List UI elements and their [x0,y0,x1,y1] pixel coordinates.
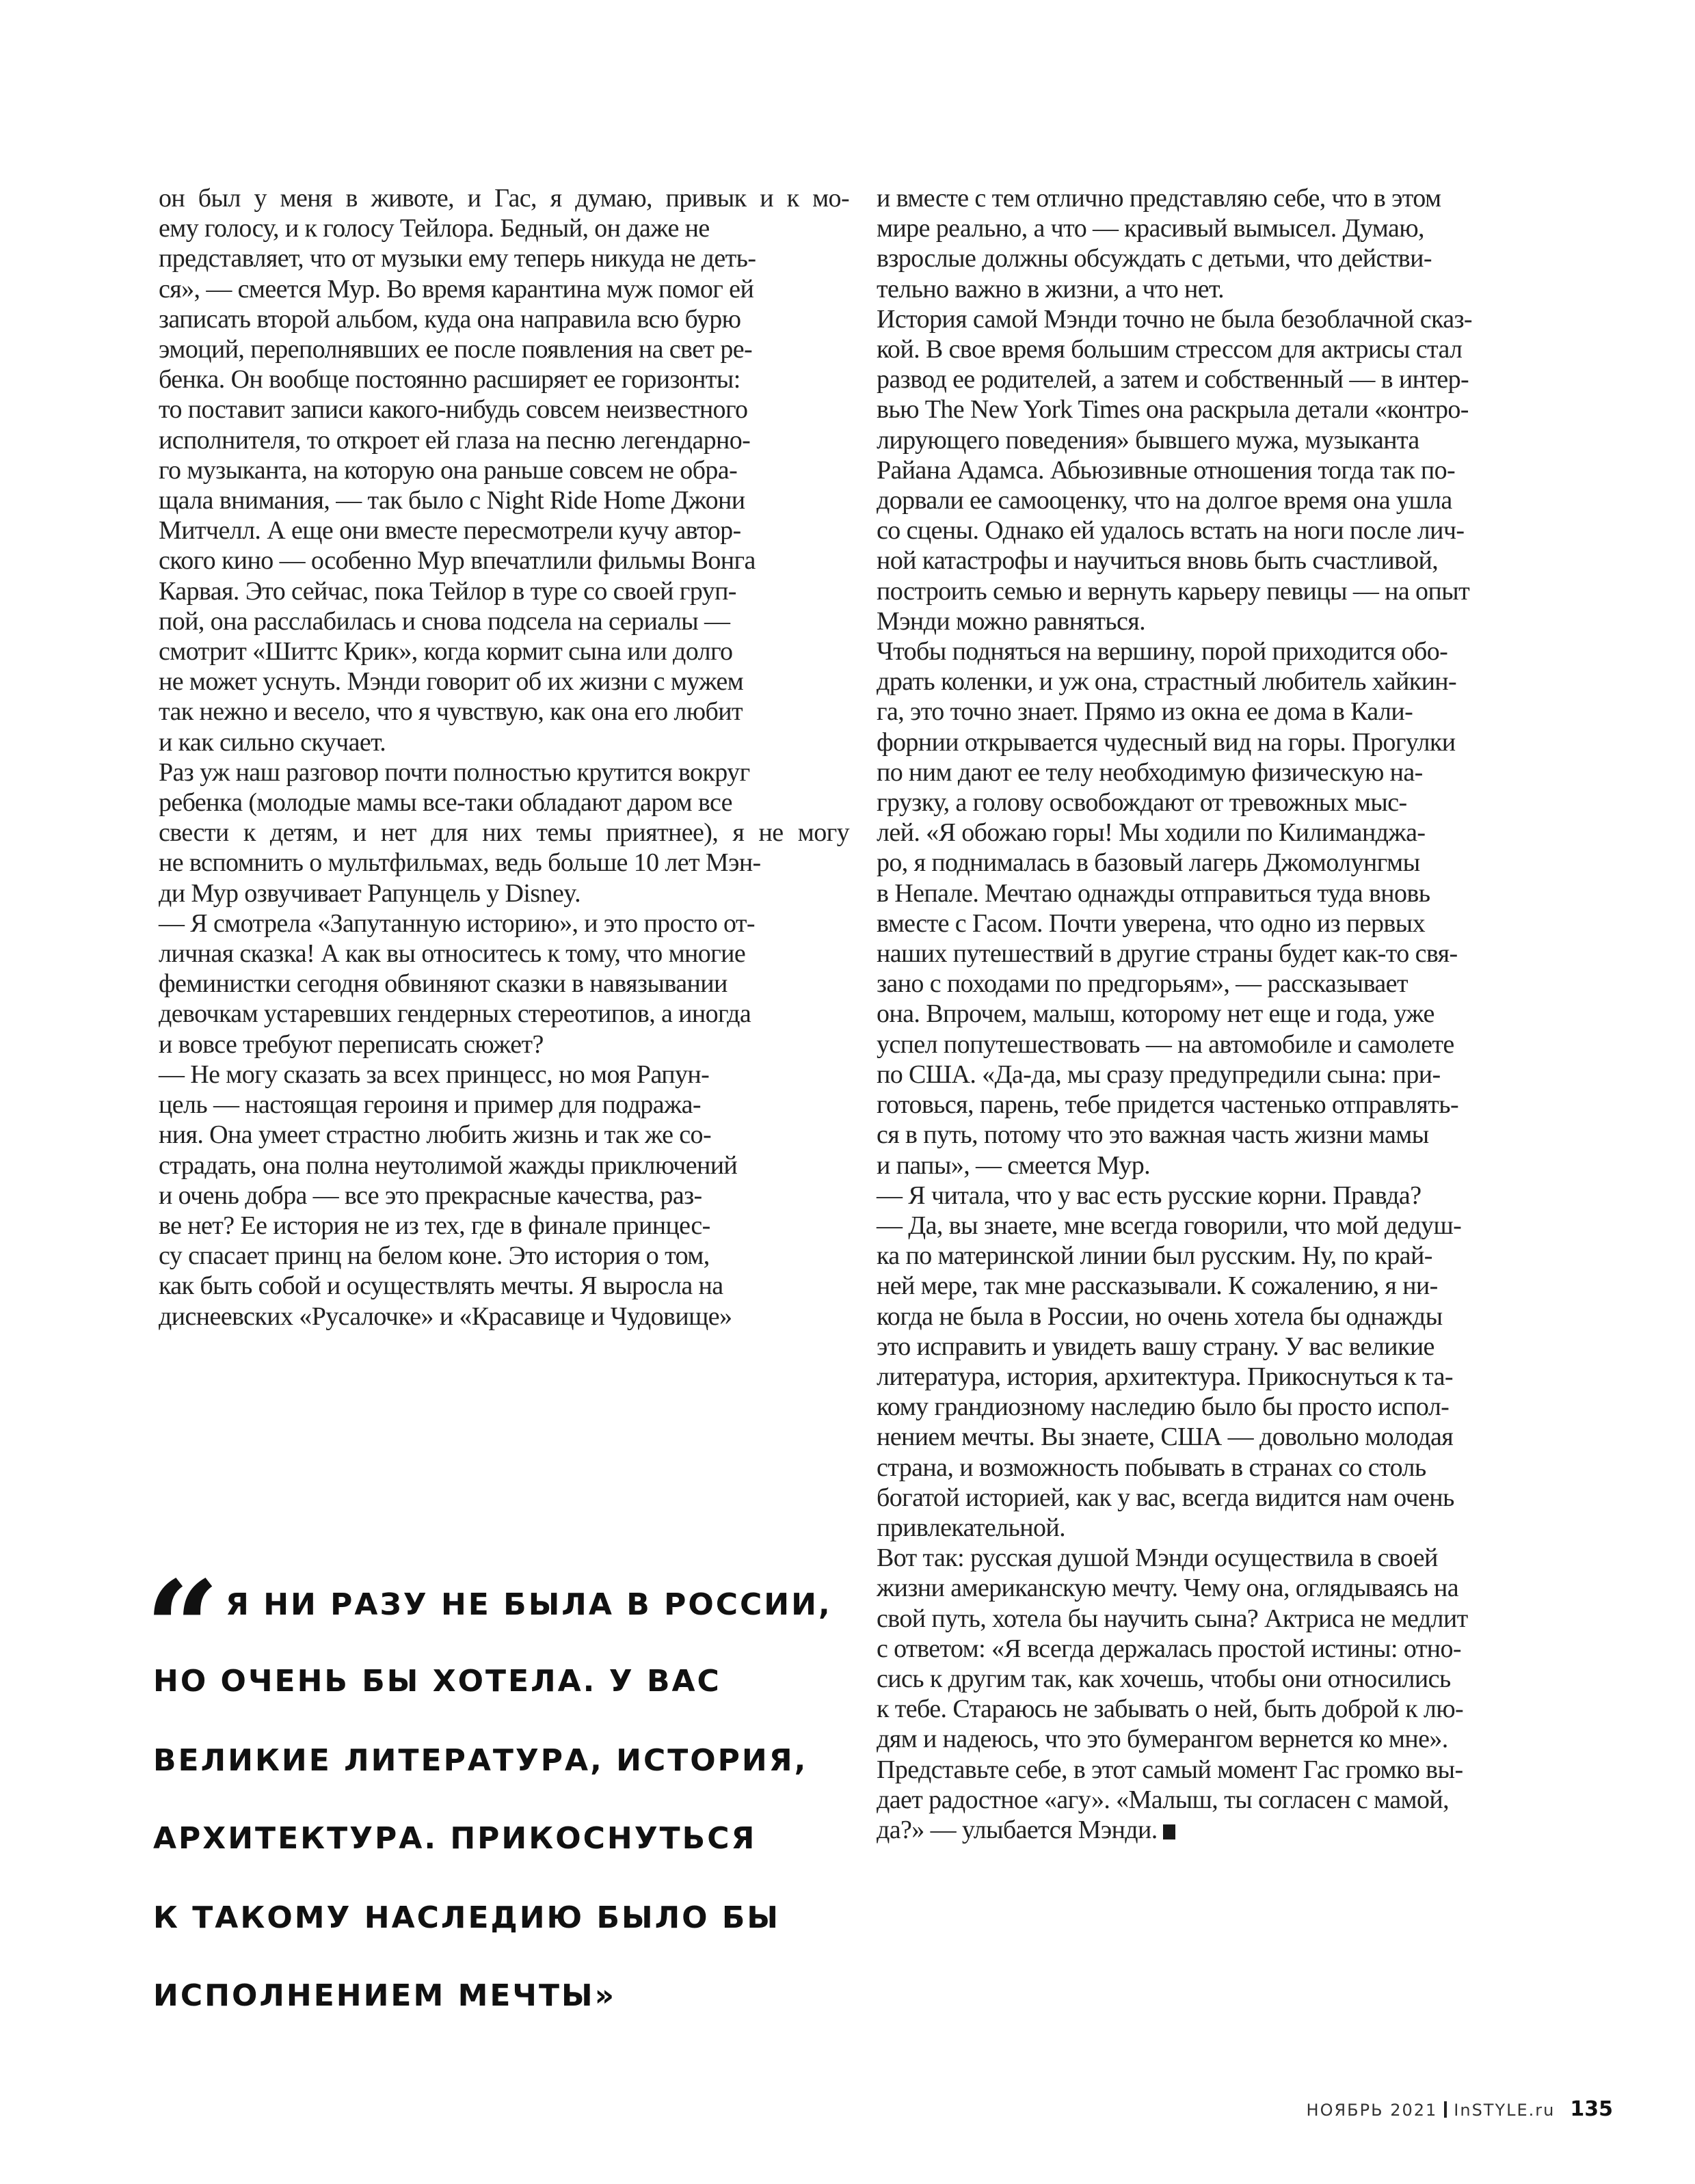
pull-quote-line: ВЕЛИКИЕ ЛИТЕРАТУРА, ИСТОРИЯ, [153,1740,808,1781]
pull-quote-line: АРХИТЕКТУРА. ПРИКОСНУТЬСЯ [153,1818,756,1859]
text-line: феминистки сегодня обвиняют сказки в нав… [159,969,849,999]
text-line: и очень добра — все это прекрасные качес… [159,1181,849,1211]
text-line: в Непале. Мечтаю однажды отправиться туд… [877,878,1615,908]
site-name: InSTYLE.ru [1454,2101,1555,2120]
text-line: ка по материнской линии был русским. Ну,… [877,1241,1615,1271]
text-line: ди Мур озвучивает Рапунцель у Disney. [159,878,849,908]
text-line: Вот так: русская душой Мэнди осуществила… [877,1543,1615,1573]
text-line: это исправить и увидеть вашу страну. У в… [877,1332,1615,1362]
text-line: свой путь, хотела бы научить сына? Актри… [877,1604,1615,1634]
text-line: не вспомнить о мультфильмах, ведь больше… [159,848,849,878]
text-line: представляет, что от музыки ему теперь н… [159,243,849,273]
text-line: кому грандиозному наследию было бы прост… [877,1392,1615,1422]
text-line: — Да, вы знаете, мне всегда говорили, чт… [877,1211,1615,1241]
issue-date: НОЯБРЬ 2021 [1307,2101,1438,2120]
text-line: су спасает принц на белом коне. Это исто… [159,1241,849,1271]
text-line: исполнителя, то откроет ей глаза на песн… [159,425,849,455]
text-line: ной катастрофы и научиться вновь быть сч… [877,545,1615,576]
text-line: — Я читала, что у вас есть русские корни… [877,1181,1615,1211]
pull-quote-line: ИСПОЛНЕНИЕМ МЕЧТЫ» [153,1976,616,2017]
text-line: к тебе. Стараюсь не забывать о ней, быть… [877,1694,1615,1724]
text-line: Представьте себе, в этот самый момент Га… [877,1755,1615,1785]
text-line: ве нет? Ее история не из тех, где в фина… [159,1211,849,1241]
text-line: История самой Мэнди точно не была безобл… [877,304,1615,334]
text-line: как быть собой и осуществлять мечты. Я в… [159,1271,849,1301]
text-line: ского кино — особенно Мур впечатлили фил… [159,545,849,576]
pull-quote-line: Я НИ РАЗУ НЕ БЫЛА В РОССИИ, [226,1585,832,1626]
text-line: не может уснуть. Мэнди говорит об их жиз… [159,666,849,697]
text-line: — Я смотрела «Запутанную историю», и это… [159,908,849,939]
text-line: со сцены. Однако ей удалось встать на но… [877,515,1615,545]
text-line: эмоций, переполнявших ее после появления… [159,334,849,364]
text-line: Мэнди можно равняться. [877,606,1615,636]
text-line: жизни американскую мечту. Чему она, огля… [877,1573,1615,1603]
text-line: с ответом: «Я всегда держалась простой и… [877,1634,1615,1664]
text-line: он был у меня в животе, и Гас, я думаю, … [159,183,849,213]
text-line: ему голосу, и к голосу Тейлора. Бедный, … [159,213,849,243]
text-line: зано с походами по предгорьям», — расска… [877,969,1615,999]
text-line: и вместе с тем отлично представляю себе,… [877,183,1615,213]
text-line: диснеевских «Русалочке» и «Красавице и Ч… [159,1302,849,1332]
text-line: дям и надеюсь, что это бумерангом вернет… [877,1724,1615,1754]
text-line: драть коленки, и уж она, страстный любит… [877,666,1615,697]
text-line: ро, я поднималась в базовый лагерь Джомо… [877,848,1615,878]
text-line: Карвая. Это сейчас, пока Тейлор в туре с… [159,576,849,606]
text-line: го музыканта, на которую она раньше совс… [159,455,849,485]
text-line: записать второй альбом, куда она направи… [159,304,849,334]
text-line: она. Впрочем, малыш, которому нет еще и … [877,999,1615,1029]
text-line: ся в путь, потому что это важная часть ж… [877,1120,1615,1150]
text-line: и папы», — смеется Мур. [877,1150,1615,1181]
text-line: Чтобы подняться на вершину, порой приход… [877,636,1615,666]
text-line: смотрит «Шиттс Крик», когда кормит сына … [159,636,849,666]
text-line: девочкам устаревших гендерных стереотипо… [159,999,849,1029]
text-line: вместе с Гасом. Почти уверена, что одно … [877,908,1615,939]
text-line: то поставит записи какого-нибудь совсем … [159,394,849,424]
text-line: взрослые должны обсуждать с детьми, что … [877,243,1615,273]
end-of-article-icon [1163,1824,1175,1839]
text-line: наших путешествий в другие страны будет … [877,939,1615,969]
divider [1444,2101,1447,2118]
text-line: Райана Адамса. Абьюзивные отношения тогд… [877,455,1615,485]
text-line: бенка. Он вообще постоянно расширяет ее … [159,364,849,394]
text-line: га, это точно знает. Прямо из окна ее до… [877,697,1615,727]
text-line: пой, она расслабилась и снова подсела на… [159,606,849,636]
text-line: ся», — смеется Мур. Во время карантина м… [159,274,849,304]
text-line: богатой историей, как у вас, всегда види… [877,1483,1615,1513]
text-line: кой. В свое время большим стрессом для а… [877,334,1615,364]
text-line: нением мечты. Вы знаете, США — довольно … [877,1422,1615,1452]
text-line: грузку, а голову освобождают от тревожны… [877,787,1615,818]
text-line: сись к другим так, как хочешь, чтобы они… [877,1664,1615,1694]
text-line: щала внимания, — так было с Night Ride H… [159,485,849,515]
text-line: тельно важно в жизни, а что нет. [877,274,1615,304]
text-line: лирующего поведения» бывшего мужа, музык… [877,425,1615,455]
text-line: и вовсе требуют переписать сюжет? [159,1029,849,1060]
pull-quote-line: К ТАКОМУ НАСЛЕДИЮ БЫЛО БЫ [153,1898,780,1939]
text-line: ния. Она умеет страстно любить жизнь и т… [159,1120,849,1150]
page-footer: НОЯБРЬ 2021InSTYLE.ru135 [1307,2097,1613,2121]
text-line: построить семью и вернуть карьеру певицы… [877,576,1615,606]
text-line: страна, и возможность побывать в странах… [877,1453,1615,1483]
page-number: 135 [1570,2097,1613,2121]
text-line: готовься, парень, тебе придется частеньк… [877,1090,1615,1120]
text-line: литература, история, архитектура. Прикос… [877,1362,1615,1392]
article-right-column: и вместе с тем отлично представляю себе,… [877,183,1615,1845]
text-line: свести к детям, и нет для них темы прият… [159,818,849,848]
text-line: по ним дают ее телу необходимую физическ… [877,757,1615,787]
text-line: успел попутешествовать — на автомобиле и… [877,1029,1615,1060]
text-line: ребенка (молодые мамы все-таки обладают … [159,787,849,818]
text-line: форнии открывается чудесный вид на горы.… [877,727,1615,757]
text-line: дорвали ее самооценку, что на долгое вре… [877,485,1615,515]
text-line: страдать, она полна неутолимой жажды при… [159,1150,849,1181]
text-line: Митчелл. А еще они вместе пересмотрели к… [159,515,849,545]
text-line: вью The New York Times она раскрыла дета… [877,394,1615,424]
text-line: ней мере, так мне рассказывали. К сожале… [877,1271,1615,1301]
text-line: дает радостное «агу». «Малыш, ты согласе… [877,1785,1615,1815]
text-line: мире реально, а что — красивый вымысел. … [877,213,1615,243]
text-line: цель — настоящая героиня и пример для по… [159,1090,849,1120]
text-line: лей. «Я обожаю горы! Мы ходили по Килима… [877,818,1615,848]
pull-quote-line: НО ОЧЕНЬ БЫ ХОТЕЛА. У ВАС [153,1661,721,1702]
text-line: так нежно и весело, что я чувствую, как … [159,697,849,727]
text-line: и как сильно скучает. [159,727,849,757]
text-line: да?» — улыбается Мэнди. [877,1815,1615,1845]
text-line: привлекательной. [877,1513,1615,1543]
text-line: развод ее родителей, а затем и собственн… [877,364,1615,394]
text-line: когда не была в России, но очень хотела … [877,1302,1615,1332]
text-line: — Не могу сказать за всех принцесс, но м… [159,1060,849,1090]
text-line: Раз уж наш разговор почти полностью крут… [159,757,849,787]
article-left-column: он был у меня в животе, и Гас, я думаю, … [159,183,849,1332]
text-line: по США. «Да-да, мы сразу предупредили сы… [877,1060,1615,1090]
text-line: личная сказка! А как вы относитесь к том… [159,939,849,969]
